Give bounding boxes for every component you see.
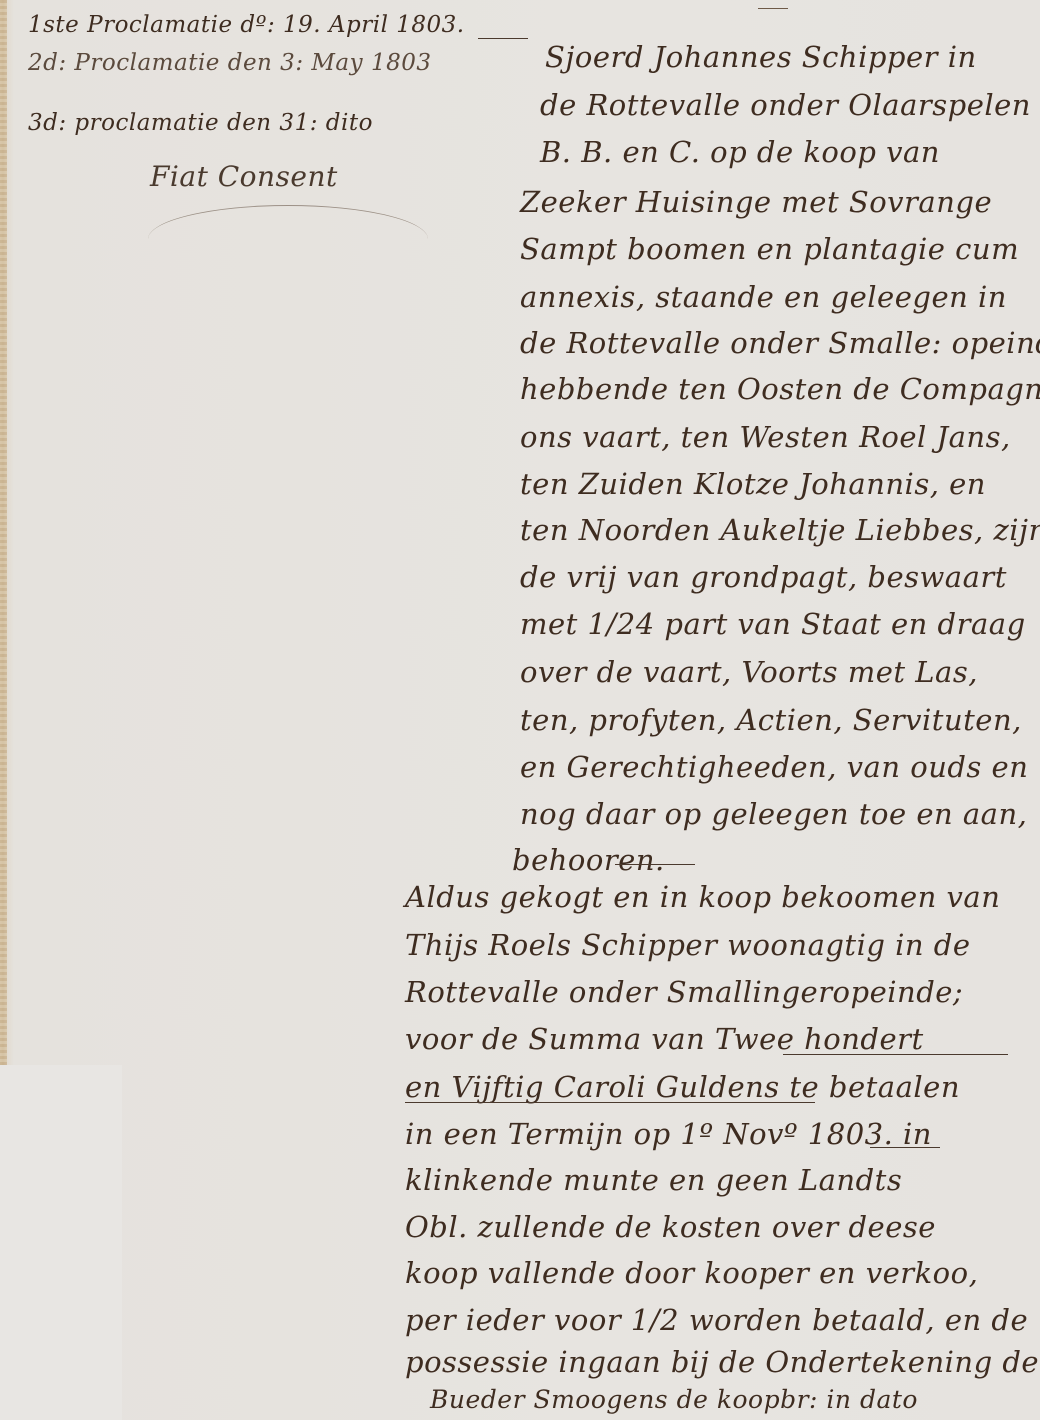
end-rule (615, 864, 695, 865)
folio-mark (758, 0, 788, 9)
scan-patch (0, 1065, 122, 1420)
text-line: de Rottevalle onder Smalle: opeinde (520, 326, 1040, 360)
text-line: Zeeker Huisinge met Sovrange (520, 185, 992, 219)
signature-flourish (148, 205, 428, 246)
text-line: klinkende munte en geen Landts (405, 1163, 902, 1197)
text-line: in een Termijn op 1º Novº 1803. in (405, 1117, 932, 1151)
text-line: met 1/24 part van Staat en draag (520, 607, 1026, 641)
margin-note-1: 1ste Proclamatie dº: 19. April 1803. (28, 12, 465, 38)
margin-note-1-underline (478, 38, 528, 39)
text-line: Thijs Roels Schipper woonagtig in de (405, 928, 971, 962)
text-line: over de vaart, Voorts met Las, (520, 655, 978, 689)
text-line: Bueder Smoogens de koopbr: in dato (430, 1385, 918, 1414)
text-line: B. B. en C. op de koop van (540, 135, 940, 169)
underline-guilders (405, 1102, 815, 1103)
text-line: ten, profyten, Actien, Servituten, (520, 703, 1022, 737)
text-line: ten Zuiden Klotze Johannis, en (520, 467, 986, 501)
text-line: nog daar op geleegen toe en aan, (520, 797, 1027, 831)
text-line: hebbende ten Oosten de Compagni, (520, 372, 1040, 406)
signature-fiat-consent: Fiat Consent (150, 160, 338, 193)
text-line: annexis, staande en geleegen in (520, 280, 1007, 314)
text-line: behooren. (512, 843, 665, 877)
text-line: per ieder voor 1/2 worden betaald, en de (405, 1303, 1028, 1337)
underline-year (870, 1147, 940, 1148)
text-line: Sampt boomen en plantagie cum (520, 232, 1019, 266)
text-line: en Gerechtigheeden, van ouds en (520, 750, 1028, 784)
text-line: Obl. zullende de kosten over deese (405, 1210, 936, 1244)
text-line: Rottevalle onder Smallingeropeinde; (405, 975, 963, 1009)
text-line: koop vallende door kooper en verkoo, (405, 1256, 978, 1290)
manuscript-page: 1ste Proclamatie dº: 19. April 1803. 2d:… (0, 0, 1040, 1420)
binding-edge (0, 0, 7, 1065)
text-line: Aldus gekogt en in koop bekoomen van (405, 880, 1000, 914)
text-line: possessie ingaan bij de Ondertekening de… (405, 1345, 1040, 1379)
margin-note-3: 3d: proclamatie den 31: dito (28, 110, 373, 136)
text-line: voor de Summa van Twee hondert (405, 1022, 924, 1056)
text-line: de Rottevalle onder Olaarspelen (540, 88, 1031, 122)
text-line: Sjoerd Johannes Schipper in (545, 40, 977, 74)
text-line: ten Noorden Aukeltje Liebbes, zijn (520, 513, 1040, 547)
underline-sum (783, 1054, 1008, 1055)
text-line: ons vaart, ten Westen Roel Jans, (520, 420, 1011, 454)
text-line: en Vijftig Caroli Guldens te betaalen (405, 1070, 960, 1104)
text-line: de vrij van grondpagt, beswaart (520, 560, 1007, 594)
margin-note-2: 2d: Proclamatie den 3: May 1803 (28, 50, 431, 76)
